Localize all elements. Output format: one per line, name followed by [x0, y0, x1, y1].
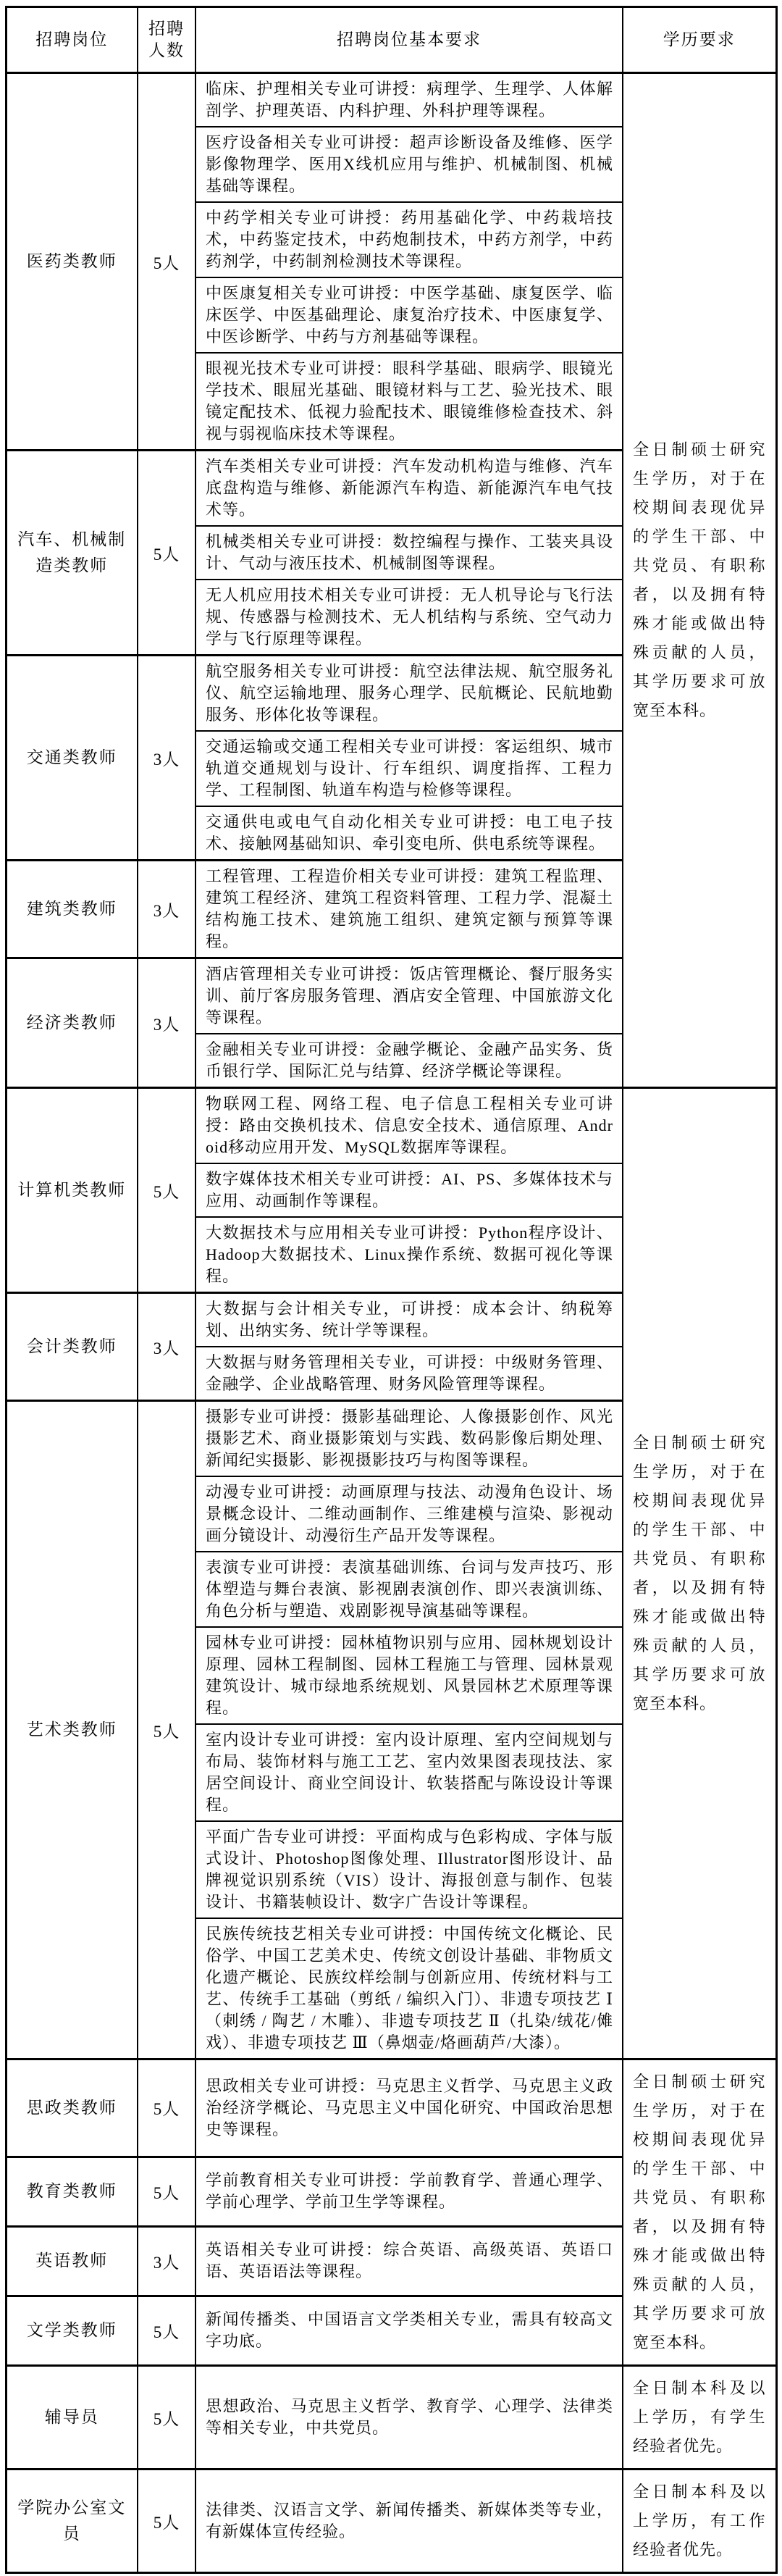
requirement-cell: 民族传统技艺相关专业可讲授：中国传统文化概论、民俗学、中国工艺美术史、传统文创设…	[195, 1918, 623, 2059]
position-cell: 思政类教师	[6, 2059, 138, 2157]
requirement-cell: 园林专业可讲授：园林植物识别与应用、园林规划设计原理、园林工程制图、园林工程施工…	[195, 1627, 623, 1724]
headcount-cell: 5人	[138, 2366, 195, 2470]
headcount-cell: 3人	[138, 2226, 195, 2296]
requirement-cell: 思政相关专业可讲授：马克思主义哲学、马克思主义政治经济学概论、马克思主义中国化研…	[195, 2059, 623, 2157]
requirement-cell: 临床、护理相关专业可讲授：病理学、生理学、人体解剖学、护理英语、内科护理、外科护…	[195, 73, 623, 127]
position-cell: 会计类教师	[6, 1293, 138, 1401]
requirement-cell: 表演专业可讲授：表演基础训练、台词与发声技巧、形体塑造与舞台表演、影视剧表演创作…	[195, 1552, 623, 1627]
education-cell: 全日制硕士研究生学历，对于在校期间表现优异的学生干部、中共党员、有职称者，以及拥…	[623, 73, 776, 1088]
headcount-cell: 3人	[138, 656, 195, 861]
requirement-cell: 法律类、汉语言文学、新闻传播类、新媒体类等专业，有新媒体宣传经验。	[195, 2470, 623, 2573]
requirement-cell: 航空服务相关专业可讲授：航空法律法规、航空服务礼仪、航空运输地理、服务心理学、民…	[195, 656, 623, 732]
column-header-education: 学历要求	[623, 7, 776, 73]
headcount-cell: 3人	[138, 1293, 195, 1401]
requirement-cell: 中药学相关专业可讲授：药用基础化学、中药栽培技术，中药鉴定技术，中药炮制技术，中…	[195, 202, 623, 277]
position-cell: 汽车、机械制造类教师	[6, 451, 138, 656]
requirement-cell: 中医康复相关专业可讲授：中医学基础、康复医学、临床医学、中医基础理论、康复治疗技…	[195, 277, 623, 353]
requirement-cell: 金融相关专业可讲授：金融学概论、金融产品实务、货币银行学、国际汇兑与结算、经济学…	[195, 1034, 623, 1088]
position-cell: 医药类教师	[6, 73, 138, 451]
headcount-cell: 5人	[138, 2470, 195, 2573]
requirement-cell: 汽车类相关专业可讲授：汽车发动机构造与维修、汽车底盘构造与维修、新能源汽车构造、…	[195, 451, 623, 527]
requirement-cell: 思想政治、马克思主义哲学、教育学、心理学、法律类等相关专业，中共党员。	[195, 2366, 623, 2470]
recruitment-table: 招聘岗位 招聘人数 招聘岗位基本要求 学历要求 医药类教师 5人 临床、护理相关…	[5, 6, 778, 2574]
requirement-cell: 无人机应用技术相关专业可讲授：无人机导论与飞行法规、传感器与检测技术、无人机结构…	[195, 580, 623, 656]
position-cell: 经济类教师	[6, 958, 138, 1088]
headcount-cell: 5人	[138, 451, 195, 656]
requirement-cell: 新闻传播类、中国语言文学类相关专业，需具有较高文字功底。	[195, 2296, 623, 2365]
requirement-cell: 室内设计专业可讲授：室内设计原理、室内空间规划与布局、装饰材料与施工工艺、室内效…	[195, 1724, 623, 1821]
education-cell: 全日制本科及以上学历，有学生经验者优先。	[623, 2366, 776, 2470]
requirement-cell: 大数据与会计相关专业，可讲授：成本会计、纳税筹划、出纳实务、统计学等课程。	[195, 1293, 623, 1347]
requirement-cell: 学前教育相关专业可讲授：学前教育学、普通心理学、学前心理学、学前卫生学等课程。	[195, 2157, 623, 2226]
requirement-cell: 酒店管理相关专业可讲授：饭店管理概论、餐厅服务实训、前厅客房服务管理、酒店安全管…	[195, 958, 623, 1034]
education-cell: 全日制硕士研究生学历，对于在校期间表现优异的学生干部、中共党员、有职称者，以及拥…	[623, 2059, 776, 2366]
requirement-cell: 交通运输或交通工程相关专业可讲授：客运组织、城市轨道交通规划与设计、行车组织、调…	[195, 731, 623, 806]
requirement-cell: 机械类相关专业可讲授：数控编程与操作、工装夹具设计、气动与液压技术、机械制图等课…	[195, 526, 623, 580]
headcount-cell: 3人	[138, 861, 195, 958]
position-cell: 艺术类教师	[6, 1401, 138, 2059]
column-header-requirements: 招聘岗位基本要求	[195, 7, 623, 73]
position-cell: 文学类教师	[6, 2296, 138, 2365]
table-row: 辅导员 5人 思想政治、马克思主义哲学、教育学、心理学、法律类等相关专业，中共党…	[6, 2366, 776, 2470]
requirement-cell: 工程管理、工程造价相关专业可讲授：建筑工程监理、建筑工程经济、建筑工程资料管理、…	[195, 861, 623, 958]
position-cell: 交通类教师	[6, 656, 138, 861]
requirement-cell: 交通供电或电气自动化相关专业可讲授：电工电子技术、接触网基础知识、牵引变电所、供…	[195, 806, 623, 861]
column-header-position: 招聘岗位	[6, 7, 138, 73]
requirement-cell: 医疗设备相关专业可讲授：超声诊断设备及维修、医学影像物理学、医用X线机应用与维护…	[195, 127, 623, 202]
requirement-cell: 英语相关专业可讲授：综合英语、高级英语、英语口语、英语语法等课程。	[195, 2226, 623, 2296]
requirement-cell: 数字媒体技术相关专业可讲授：AI、PS、多媒体技术与应用、动画制作等课程。	[195, 1163, 623, 1217]
position-cell: 建筑类教师	[6, 861, 138, 958]
headcount-cell: 5人	[138, 1088, 195, 1293]
requirement-cell: 摄影专业可讲授：摄影基础理论、人像摄影创作、风光摄影艺术、商业摄影策划与实践、数…	[195, 1401, 623, 1477]
position-cell: 计算机类教师	[6, 1088, 138, 1293]
requirement-cell: 大数据技术与应用相关专业可讲授：Python程序设计、Hadoop大数据技术、L…	[195, 1217, 623, 1293]
education-cell: 全日制硕士研究生学历，对于在校期间表现优异的学生干部、中共党员、有职称者，以及拥…	[623, 1088, 776, 2059]
table-row: 计算机类教师 5人 物联网工程、网络工程、电子信息工程相关专业可讲授：路由交换机…	[6, 1088, 776, 1164]
position-cell: 英语教师	[6, 2226, 138, 2296]
table-row: 医药类教师 5人 临床、护理相关专业可讲授：病理学、生理学、人体解剖学、护理英语…	[6, 73, 776, 127]
position-cell: 辅导员	[6, 2366, 138, 2470]
requirement-cell: 平面广告专业可讲授：平面构成与色彩构成、字体与版式设计、Photoshop图像处…	[195, 1821, 623, 1918]
headcount-cell: 5人	[138, 1401, 195, 2059]
requirement-cell: 动漫专业可讲授：动画原理与技法、动漫角色设计、场景概念设计、二维动画制作、三维建…	[195, 1476, 623, 1552]
requirement-cell: 眼视光技术专业可讲授：眼科学基础、眼病学、眼镜光学技术、眼屈光基础、眼镜材料与工…	[195, 353, 623, 451]
headcount-cell: 5人	[138, 2157, 195, 2226]
headcount-cell: 5人	[138, 2059, 195, 2157]
column-header-headcount: 招聘人数	[138, 7, 195, 73]
education-cell: 全日制本科及以上学历，有工作经验者优先。	[623, 2470, 776, 2573]
table-header-row: 招聘岗位 招聘人数 招聘岗位基本要求 学历要求	[6, 7, 776, 73]
table-row: 思政类教师 5人 思政相关专业可讲授：马克思主义哲学、马克思主义政治经济学概论、…	[6, 2059, 776, 2157]
table-row: 学院办公室文员 5人 法律类、汉语言文学、新闻传播类、新媒体类等专业，有新媒体宣…	[6, 2470, 776, 2573]
requirement-cell: 物联网工程、网络工程、电子信息工程相关专业可讲授：路由交换机技术、信息安全技术、…	[195, 1088, 623, 1164]
position-cell: 教育类教师	[6, 2157, 138, 2226]
headcount-cell: 5人	[138, 2296, 195, 2365]
requirement-cell: 大数据与财务管理相关专业，可讲授：中级财务管理、金融学、企业战略管理、财务风险管…	[195, 1347, 623, 1401]
headcount-cell: 3人	[138, 958, 195, 1088]
headcount-cell: 5人	[138, 73, 195, 451]
position-cell: 学院办公室文员	[6, 2470, 138, 2573]
